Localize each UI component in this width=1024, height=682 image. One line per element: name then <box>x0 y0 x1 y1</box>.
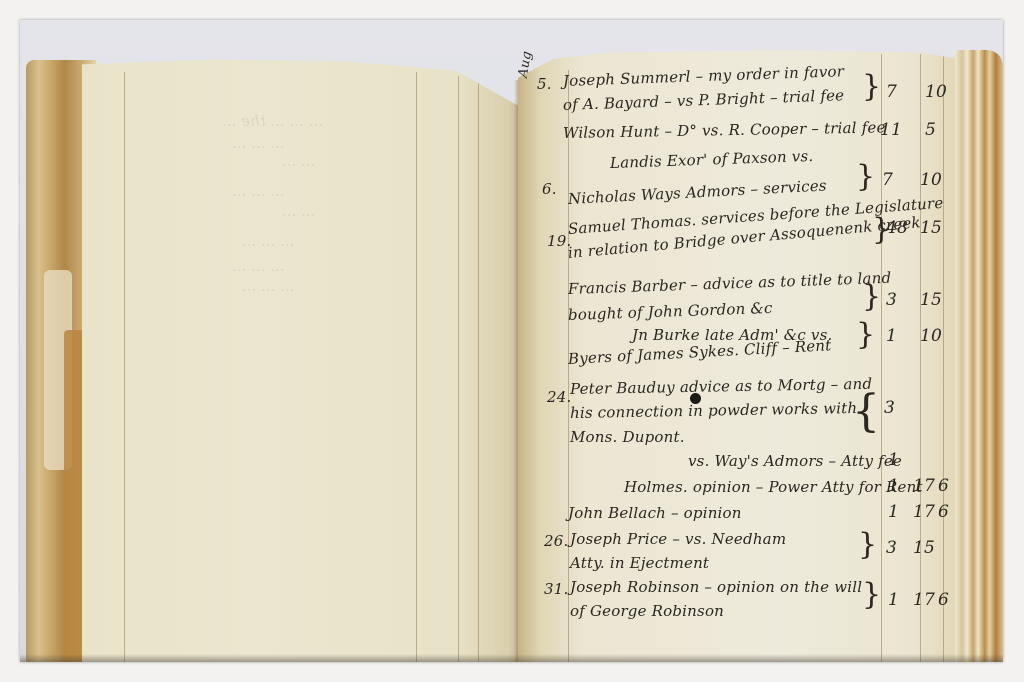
entry-date: 31. <box>544 580 568 598</box>
entry-date: 24. <box>547 388 571 406</box>
amount-pounds: 7 <box>882 170 893 190</box>
entry-date: 26. <box>544 532 568 550</box>
entry-line: vs. Way's Admors – Atty fee <box>688 452 902 470</box>
ruling-line <box>881 54 882 662</box>
amount-pounds: 48 <box>886 218 908 238</box>
bleed-through-text: ... ... ... <box>242 277 294 295</box>
bleed-through-text: ... ... ... <box>232 182 284 200</box>
amount-pounds: 11 <box>880 120 902 140</box>
bleed-through-text: ... ... ... the ... <box>222 112 323 130</box>
ruling-line <box>920 54 921 662</box>
entry-line: Joseph Robinson – opinion on the will <box>570 578 862 596</box>
amount-shillings: 15 <box>913 538 935 558</box>
bleed-through-text: ... ... <box>282 152 315 170</box>
entry-date: 6. <box>542 180 557 198</box>
entry-line: Mons. Dupont. <box>570 428 685 446</box>
bleed-through-text: ... ... ... <box>232 134 284 152</box>
amount-shillings: 10 <box>920 170 942 190</box>
ruling-line <box>124 72 125 662</box>
bracket: } <box>856 162 875 192</box>
amount-pounds: 3 <box>884 398 895 418</box>
amount-pounds: 3 <box>886 290 897 310</box>
amount-shillings: 5 <box>925 120 936 140</box>
ruling-line <box>478 78 479 662</box>
amount-pounds: 1 <box>886 326 897 346</box>
bracket: } <box>858 530 877 560</box>
amount-pounds: 3 <box>886 538 897 558</box>
ruling-line <box>416 72 417 662</box>
photo-frame: ... ... ... the ... ... ... ... ... ... … <box>20 20 1003 662</box>
amount-shillings: 17 <box>913 590 935 610</box>
entry-line: Holmes. opinion – Power Atty for Rent <box>624 478 923 496</box>
amount-shillings: 10 <box>920 326 942 346</box>
amount-shillings: 10 <box>925 82 947 102</box>
amount-pounds: 7 <box>886 82 897 102</box>
bracket: { <box>852 390 880 434</box>
amount-pounds: 1 <box>888 502 899 522</box>
amount-pounds: 1 <box>888 450 899 470</box>
bleed-through-text: ... ... <box>282 202 315 220</box>
ruling-line <box>943 56 944 662</box>
entry-line: of George Robinson <box>570 602 724 620</box>
amount-pence: 6 <box>938 590 949 610</box>
bracket: } <box>862 580 881 610</box>
amount-pence: 6 <box>938 476 949 496</box>
amount-pounds: 1 <box>888 476 899 496</box>
left-page: ... ... ... the ... ... ... ... ... ... … <box>82 52 522 662</box>
amount-pence: 6 <box>938 502 949 522</box>
entry-line: John Bellach – opinion <box>568 504 742 522</box>
entry-date: 5. <box>537 75 552 93</box>
ink-blot <box>690 393 701 404</box>
amount-pounds: 1 <box>888 590 899 610</box>
bracket: } <box>856 320 875 350</box>
frame-bottom-shadow <box>20 654 1003 662</box>
amount-shillings: 17 <box>913 502 935 522</box>
bracket: } <box>862 282 881 312</box>
amount-shillings: 15 <box>920 218 942 238</box>
bleed-through-text: ... ... ... <box>242 232 294 250</box>
bleed-through-text: ... ... ... <box>232 257 284 275</box>
right-page-edges <box>955 50 1003 662</box>
amount-shillings: 15 <box>920 290 942 310</box>
ruling-line <box>458 76 459 662</box>
entry-line: Atty. in Ejectment <box>570 554 709 572</box>
amount-shillings: 17 <box>913 476 935 496</box>
bracket: } <box>862 72 881 102</box>
entry-line: Joseph Price – vs. Needham <box>570 530 786 548</box>
